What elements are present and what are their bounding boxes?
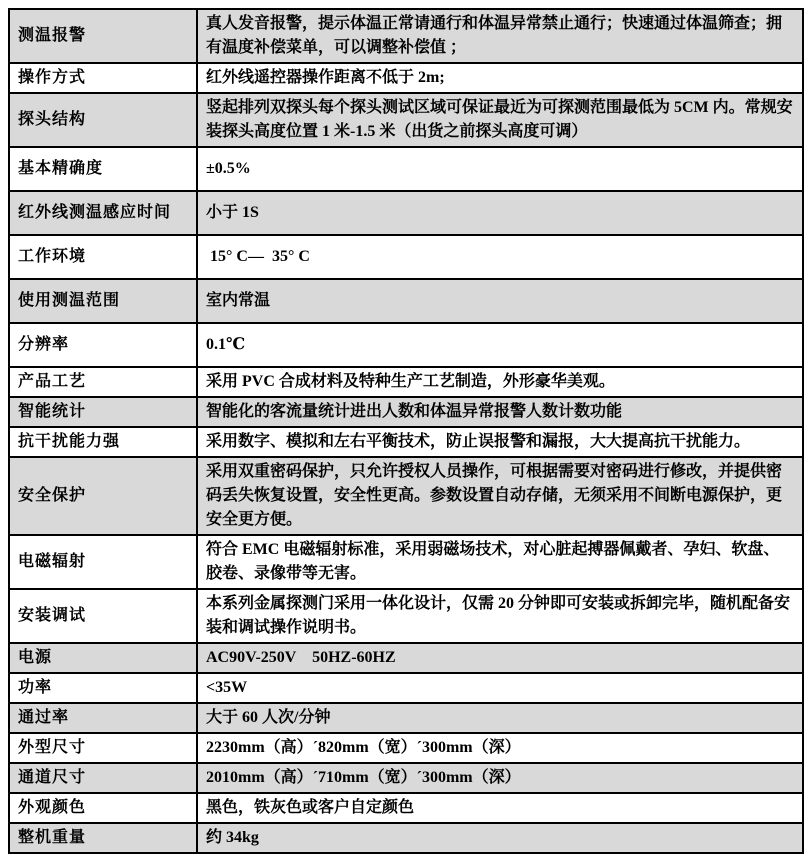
table-row: 操作方式红外线遥控器操作距离不低于 2m; (9, 63, 803, 93)
table-row: 使用测温范围室内常温 (9, 279, 803, 323)
spec-value: 15° C— 35° C (197, 235, 803, 279)
spec-label: 外型尺寸 (9, 733, 197, 763)
spec-label: 安装调试 (9, 589, 197, 643)
table-row: 测温报警真人发音报警，提示体温正常请通行和体温异常禁止通行；快速通过体温筛查；拥… (9, 9, 803, 63)
spec-label: 功率 (9, 673, 197, 703)
table-row: 分辨率0.1℃ (9, 323, 803, 367)
spec-value: 采用 PVC 合成材料及特种生产工艺制造，外形豪华美观。 (197, 367, 803, 397)
spec-label: 智能统计 (9, 397, 197, 427)
spec-label: 分辨率 (9, 323, 197, 367)
spec-value: AC90V-250V 50HZ-60HZ (197, 643, 803, 673)
table-row: 智能统计智能化的客流量统计进出人数和体温异常报警人数计数功能 (9, 397, 803, 427)
table-row: 安装调试本系列金属探测门采用一体化设计，仅需 20 分钟即可安装或拆卸完毕，随机… (9, 589, 803, 643)
spec-label: 整机重量 (9, 823, 197, 853)
spec-value: 大于 60 人次/分钟 (197, 703, 803, 733)
table-row: 安全保护采用双重密码保护，只允许授权人员操作，可根据需要对密码进行修改，并提供密… (9, 457, 803, 535)
spec-value: 黑色，铁灰色或客户自定颜色 (197, 793, 803, 823)
spec-label: 电磁辐射 (9, 535, 197, 589)
spec-label: 使用测温范围 (9, 279, 197, 323)
spec-value: 室内常温 (197, 279, 803, 323)
table-row: 外型尺寸2230mm（高）´820mm（宽）´300mm（深） (9, 733, 803, 763)
document-page: 测温报警真人发音报警，提示体温正常请通行和体温异常禁止通行；快速通过体温筛查；拥… (0, 0, 810, 830)
table-row: 基本精确度±0.5% (9, 147, 803, 191)
spec-label: 电源 (9, 643, 197, 673)
table-row: 抗干扰能力强采用数字、模拟和左右平衡技术，防止误报警和漏报，大大提高抗干扰能力。 (9, 427, 803, 457)
spec-value: ±0.5% (197, 147, 803, 191)
table-row: 整机重量约 34kg (9, 823, 803, 853)
spec-value: 2010mm（高）´710mm（宽）´300mm（深） (197, 763, 803, 793)
spec-table: 测温报警真人发音报警，提示体温正常请通行和体温异常禁止通行；快速通过体温筛查；拥… (8, 8, 804, 854)
spec-label: 探头结构 (9, 93, 197, 147)
spec-label: 产品工艺 (9, 367, 197, 397)
spec-value: 约 34kg (197, 823, 803, 853)
spec-value: 红外线遥控器操作距离不低于 2m; (197, 63, 803, 93)
table-row: 外观颜色黑色，铁灰色或客户自定颜色 (9, 793, 803, 823)
spec-label: 基本精确度 (9, 147, 197, 191)
spec-value: 符合 EMC 电磁辐射标准，采用弱磁场技术，对心脏起搏器佩戴者、孕妇、软盘、胶卷… (197, 535, 803, 589)
spec-label: 外观颜色 (9, 793, 197, 823)
table-row: 电源AC90V-250V 50HZ-60HZ (9, 643, 803, 673)
spec-value: 小于 1S (197, 191, 803, 235)
table-row: 工作环境 15° C— 35° C (9, 235, 803, 279)
table-row: 探头结构竖起排列双探头每个探头测试区域可保证最近为可探测范围最低为 5CM 内。… (9, 93, 803, 147)
table-row: 电磁辐射符合 EMC 电磁辐射标准，采用弱磁场技术，对心脏起搏器佩戴者、孕妇、软… (9, 535, 803, 589)
spec-value: 本系列金属探测门采用一体化设计，仅需 20 分钟即可安装或拆卸完毕，随机配备安装… (197, 589, 803, 643)
spec-value: 采用数字、模拟和左右平衡技术，防止误报警和漏报，大大提高抗干扰能力。 (197, 427, 803, 457)
spec-value: 采用双重密码保护，只允许授权人员操作，可根据需要对密码进行修改，并提供密码丢失恢… (197, 457, 803, 535)
spec-value: 真人发音报警，提示体温正常请通行和体温异常禁止通行；快速通过体温筛查；拥有温度补… (197, 9, 803, 63)
spec-table-body: 测温报警真人发音报警，提示体温正常请通行和体温异常禁止通行；快速通过体温筛查；拥… (9, 9, 803, 853)
spec-value: 智能化的客流量统计进出人数和体温异常报警人数计数功能 (197, 397, 803, 427)
spec-value: 0.1℃ (197, 323, 803, 367)
spec-label: 测温报警 (9, 9, 197, 63)
spec-label: 操作方式 (9, 63, 197, 93)
spec-label: 通过率 (9, 703, 197, 733)
spec-value: <35W (197, 673, 803, 703)
table-row: 红外线测温感应时间小于 1S (9, 191, 803, 235)
spec-label: 红外线测温感应时间 (9, 191, 197, 235)
spec-label: 通道尺寸 (9, 763, 197, 793)
table-row: 功率<35W (9, 673, 803, 703)
table-row: 通过率大于 60 人次/分钟 (9, 703, 803, 733)
table-row: 产品工艺采用 PVC 合成材料及特种生产工艺制造，外形豪华美观。 (9, 367, 803, 397)
spec-value: 2230mm（高）´820mm（宽）´300mm（深） (197, 733, 803, 763)
spec-label: 工作环境 (9, 235, 197, 279)
table-row: 通道尺寸2010mm（高）´710mm（宽）´300mm（深） (9, 763, 803, 793)
spec-label: 安全保护 (9, 457, 197, 535)
spec-label: 抗干扰能力强 (9, 427, 197, 457)
spec-value: 竖起排列双探头每个探头测试区域可保证最近为可探测范围最低为 5CM 内。常规安装… (197, 93, 803, 147)
